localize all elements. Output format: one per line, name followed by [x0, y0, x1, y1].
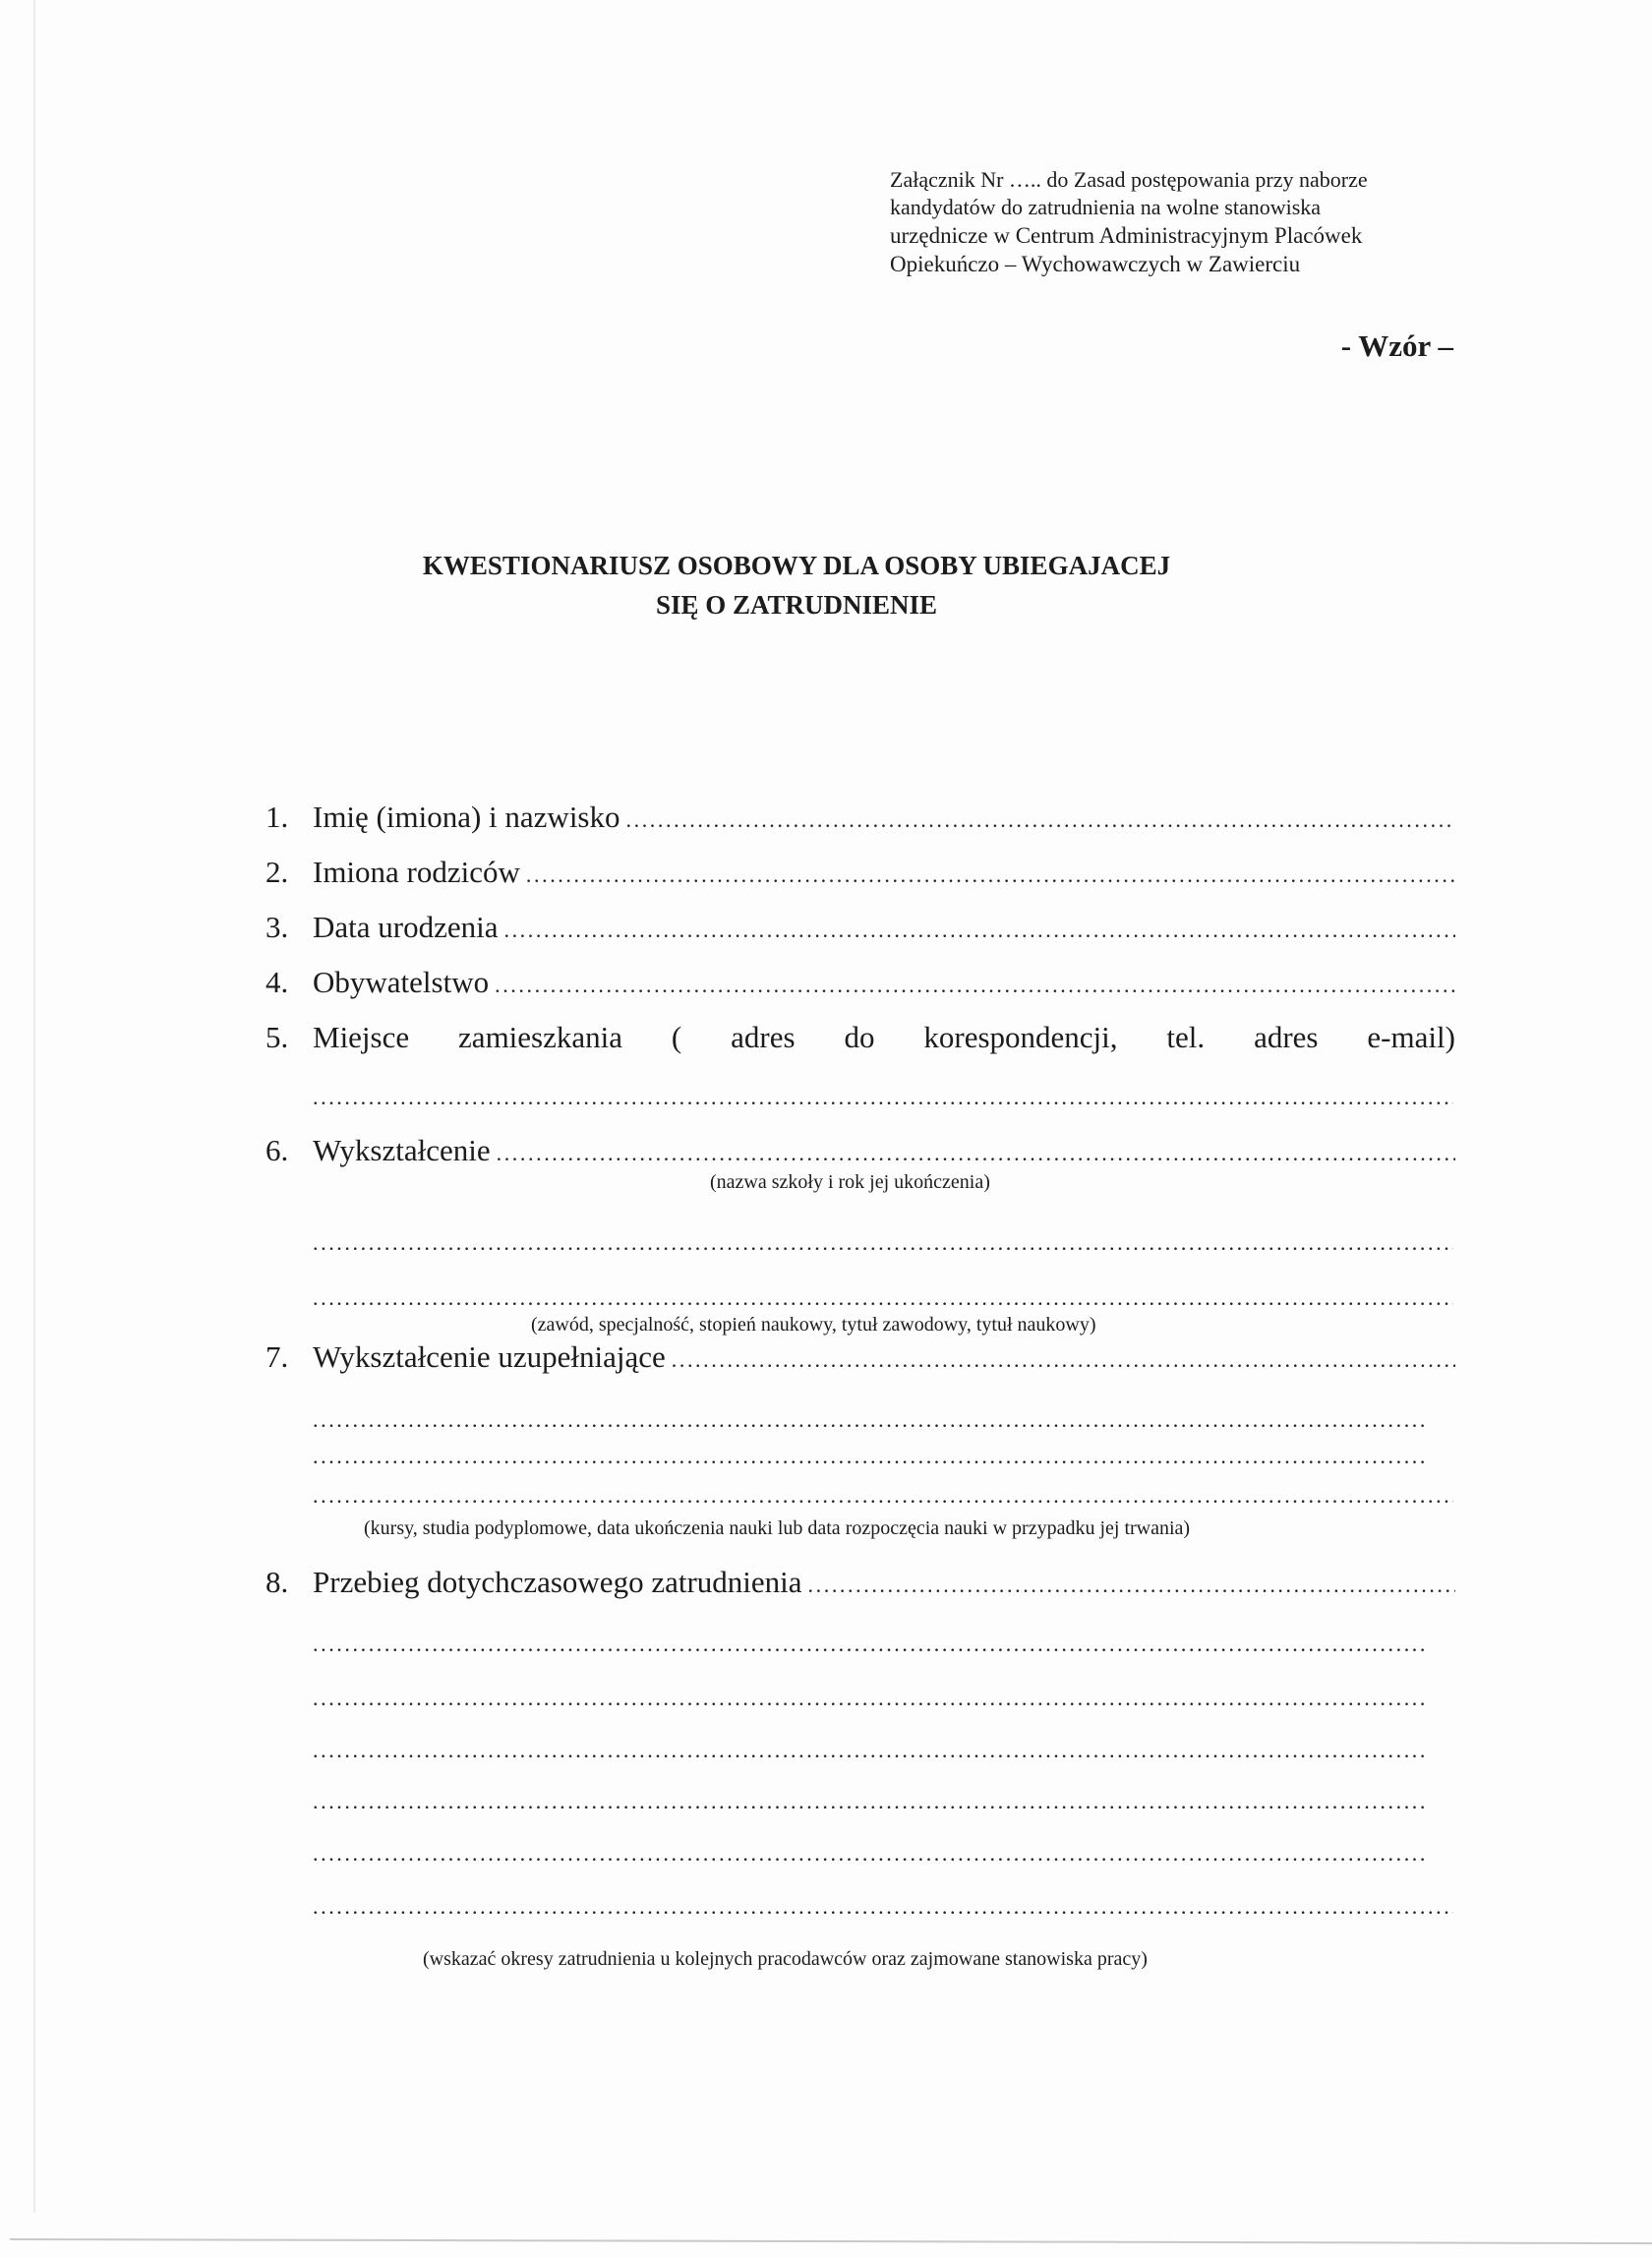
fill-line-employment[interactable]: ........................................… — [313, 1688, 1424, 1709]
fill-line[interactable]: ........................................… — [503, 920, 1455, 941]
field-full-name[interactable]: 1. Imię (imiona) i nazwisko ............… — [265, 802, 1455, 832]
fill-line[interactable]: ........................................… — [495, 975, 1455, 996]
field-label: Obywatelstwo — [313, 967, 495, 997]
label-word: adres — [731, 1022, 795, 1052]
field-citizenship[interactable]: 4. Obywatelstwo ........................… — [265, 967, 1455, 997]
item-number: 6. — [265, 1135, 313, 1165]
field-label: Data urodzenia — [313, 912, 503, 942]
education-caption: (nazwa szkoły i rok jej ukończenia) — [710, 1172, 990, 1192]
label-word: zamieszkania — [458, 1022, 622, 1052]
profession-caption: (zawód, specjalność, stopień naukowy, ty… — [531, 1315, 1096, 1335]
field-birth-date[interactable]: 3. Data urodzenia ......................… — [265, 912, 1455, 942]
item-number: 5. — [265, 1022, 313, 1052]
item-number: 7. — [265, 1341, 313, 1372]
label-word: Miejsce — [313, 1022, 409, 1052]
additional-education-caption: (kursy, studia podyplomowe, data ukończe… — [364, 1518, 1190, 1538]
attachment-note-line: urzędnicze w Centrum Administracyjnym Pl… — [890, 224, 1362, 247]
fill-line[interactable]: ........................................… — [497, 1143, 1455, 1164]
fill-line-employment[interactable]: ........................................… — [313, 1843, 1424, 1865]
fill-line[interactable]: ........................................… — [626, 809, 1456, 831]
label-word: do — [844, 1022, 874, 1052]
fill-line-employment[interactable]: ........................................… — [313, 1740, 1424, 1761]
item-number: 1. — [265, 802, 313, 832]
fill-line[interactable]: ........................................… — [526, 864, 1455, 886]
item-number: 8. — [265, 1567, 313, 1597]
field-address[interactable]: 5. Miejsce zamieszkania ( adres do kores… — [265, 1022, 1455, 1052]
fill-line-education[interactable]: ........................................… — [313, 1232, 1453, 1254]
item-number: 2. — [265, 857, 313, 887]
field-additional-education[interactable]: 7. Wykształcenie uzupełniające .........… — [265, 1341, 1455, 1372]
fill-line-address[interactable]: ........................................… — [313, 1087, 1453, 1108]
field-parents-names[interactable]: 2. Imiona rodziców .....................… — [265, 857, 1455, 887]
field-label: Imiona rodziców — [313, 857, 526, 887]
fill-line[interactable]: ........................................… — [808, 1575, 1455, 1596]
fill-line-employment[interactable]: ........................................… — [313, 1634, 1424, 1655]
fill-line-employment[interactable]: ........................................… — [313, 1791, 1424, 1812]
label-word: tel. — [1166, 1022, 1205, 1052]
fill-line-additional-education[interactable]: ........................................… — [313, 1485, 1453, 1507]
field-label: Imię (imiona) i nazwisko — [313, 802, 626, 832]
field-label: Przebieg dotychczasowego zatrudnienia — [313, 1567, 808, 1597]
fill-line[interactable]: ........................................… — [672, 1349, 1455, 1371]
label-word: ( — [672, 1022, 681, 1052]
label-word: korespondencji, — [923, 1022, 1117, 1052]
label-word: adres — [1254, 1022, 1318, 1052]
label-word: e-mail) — [1367, 1022, 1455, 1052]
field-label: Wykształcenie uzupełniające — [313, 1341, 672, 1372]
field-label: Wykształcenie — [313, 1135, 497, 1165]
fill-line-education[interactable]: ........................................… — [313, 1287, 1453, 1309]
template-label: - Wzór – — [1341, 328, 1453, 364]
attachment-note-line: Załącznik Nr ….. do Zasad postępowania p… — [890, 169, 1368, 191]
item-number: 4. — [265, 967, 313, 997]
form-title-line1: KWESTIONARIUSZ OSOBOWY DLA OSOBY UBIEGAJ… — [0, 551, 1622, 581]
attachment-note-line: kandydatów do zatrudnienia na wolne stan… — [890, 197, 1321, 218]
field-education[interactable]: 6. Wykształcenie .......................… — [265, 1135, 1455, 1165]
scan-edge-left — [33, 0, 35, 2213]
employment-caption: (wskazać okresy zatrudnienia u kolejnych… — [423, 1949, 1148, 1969]
fill-line-additional-education[interactable]: ........................................… — [313, 1409, 1424, 1431]
attachment-note-line: Opiekuńczo – Wychowawczych w Zawierciu — [890, 253, 1300, 275]
field-employment-history[interactable]: 8. Przebieg dotychczasowego zatrudnienia… — [265, 1567, 1455, 1597]
scan-edge-bottom — [10, 2238, 1652, 2244]
fill-line-additional-education[interactable]: ........................................… — [313, 1446, 1424, 1467]
fill-line-employment[interactable]: ........................................… — [313, 1896, 1453, 1918]
form-title-line2: SIĘ O ZATRUDNIENIE — [0, 590, 1622, 621]
field-label: Miejsce zamieszkania ( adres do korespon… — [313, 1022, 1455, 1052]
item-number: 3. — [265, 912, 313, 942]
